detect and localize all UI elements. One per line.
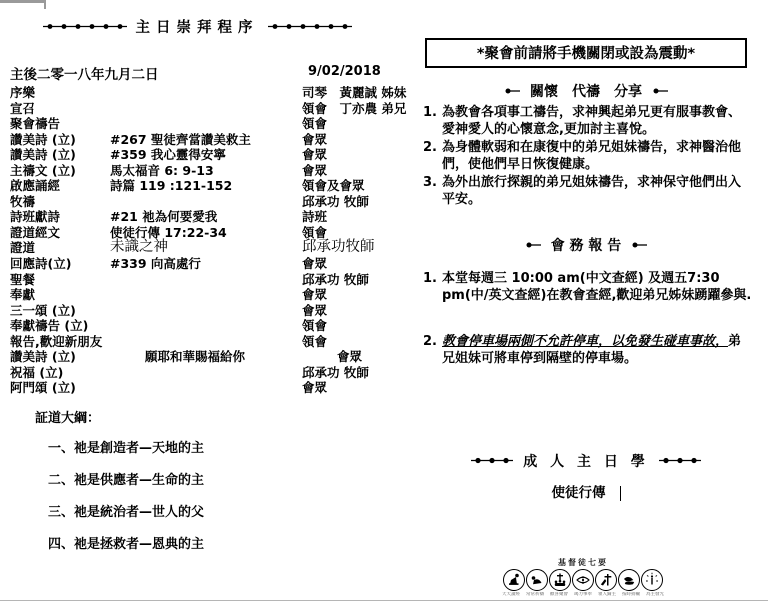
program-detail [110, 318, 302, 334]
candle-light-icon [641, 569, 663, 591]
program-item: 序樂 [10, 85, 110, 101]
scroll-ornament-icon [43, 22, 127, 31]
sunday-school-header: 成 人 主 日 學 [420, 452, 752, 469]
list-item: 2.教會停車場兩側不允許停車，以免發生碰車事故，弟兄姐妹可將車停到隔壁的停車場。 [420, 334, 752, 367]
logo-caption: 按時捐輸 [620, 592, 643, 597]
text-cursor [620, 486, 621, 501]
seven-essentials-logo: 基督徒七要 天天讀經 常 [492, 557, 674, 597]
program-who: 會眾 [302, 380, 327, 396]
chain-ornament-icon [659, 456, 701, 465]
sunday-school-topic[interactable]: 使徒行傳 [420, 481, 752, 498]
list-item-number: 3. [420, 175, 442, 208]
program-item: 讚美詩 (立) [10, 147, 110, 163]
list-item-text: 為教會各項事工禱告，求神興起弟兄更有服事教會、 愛神愛人的心懷意念,更加討主喜悅… [442, 105, 752, 138]
phone-notice-box: *聚會前請將手機關閉或設為震動* [425, 38, 747, 68]
list-item-number: 1. [420, 271, 442, 304]
list-item: 1.本堂每週三 10:00 am(中文查經) 及週五7:30 pm(中/英文查經… [420, 271, 752, 304]
outline-item: 二、祂是供應者—生命的主 [10, 474, 384, 487]
program-row: 奉獻禱告 (立)領會 [10, 318, 384, 334]
logo-caption-row: 天天讀經 常常祈禱 歡喜聚會 竭力事奉 領人歸主 按時捐輸 為主發光 [492, 592, 674, 597]
program-table: 序樂司琴 黃麗誠 姊妹宣召領會 丁亦農 弟兄聚會禱告領會讚美詩 (立)#267 … [10, 85, 384, 396]
program-detail [110, 85, 302, 101]
report-list: 1.本堂每週三 10:00 am(中文查經) 及週五7:30 pm(中/英文查經… [420, 271, 752, 367]
offering-hands-icon [618, 569, 640, 591]
program-item: 回應詩(立) [10, 256, 110, 272]
sermon-outline-list: 一、祂是創造者—天地的主二、祂是供應者—生命的主三、祂是統治者—世人的父四、祂是… [10, 442, 384, 551]
program-item: 證道 [10, 240, 110, 256]
list-item-text: 教會停車場兩側不允許停車，以免發生碰車事故，弟兄姐妹可將車停到隔壁的停車場。 [442, 334, 752, 367]
list-item-text-emphasis: 教會停車場兩側不允許停車，以免發生碰車事故， [442, 334, 728, 349]
page-edge-line [0, 600, 768, 601]
program-detail: #21 祂為何要愛我 [110, 209, 302, 225]
program-item: 奉獻禱告 (立) [10, 318, 110, 334]
program-row: 奉獻會眾 [10, 287, 384, 303]
program-row: 三一頌 (立)會眾 [10, 303, 384, 319]
program-who: 領會 [302, 334, 327, 350]
title-row: 主日崇拜程序 [10, 16, 384, 36]
list-item-text: 本堂每週三 10:00 am(中文查經) 及週五7:30 pm(中/英文查經)在… [442, 271, 752, 304]
care-header-text: 關懷 代禱 分享 [530, 81, 642, 101]
program-detail: 馬太福音 6: 9-13 [110, 163, 302, 179]
service-scroll-icon [572, 569, 594, 591]
logo-caption: 為主發光 [644, 592, 667, 597]
program-detail: 詩篇 119 :121-152 [110, 178, 302, 194]
program-who: 會眾 [337, 349, 362, 365]
program-detail [110, 194, 302, 210]
program-item: 阿門頌 (立) [10, 380, 110, 396]
program-who: 司琴 黃麗誠 姊妹 [302, 85, 406, 101]
list-item: 1.為教會各項事工禱告，求神興起弟兄更有服事教會、 愛神愛人的心懷意念,更加討主… [420, 105, 752, 138]
logo-caption: 領人歸主 [596, 592, 619, 597]
program-row: 阿門頌 (立)會眾 [10, 380, 384, 396]
program-item: 祝福 (立) [10, 365, 110, 381]
logo-caption: 竭力事奉 [572, 592, 595, 597]
program-detail [110, 365, 302, 381]
logo-caption: 歡喜聚會 [548, 592, 571, 597]
window-corner-fragment [0, 0, 46, 3]
program-row: 主禱文 (立)馬太福音 6: 9-13會眾 [10, 163, 384, 179]
date-numeric: 9/02/2018 [308, 64, 381, 79]
page-title: 主日崇拜程序 [136, 16, 259, 37]
program-who: 邱承功 牧師 [302, 272, 369, 288]
logo-title: 基督徒七要 [492, 557, 674, 568]
logo-caption: 天天讀經 [500, 592, 523, 597]
list-item: 3.為外出旅行探親的弟兄姐妹禱告，求神保守他們出入平安。 [420, 175, 752, 208]
program-item: 奉獻 [10, 287, 110, 303]
program-who: 詩班 [302, 209, 327, 225]
list-item-text: 為外出旅行探親的弟兄姐妹禱告，求神保守他們出入平安。 [442, 175, 752, 208]
list-item-number: 2. [420, 334, 442, 367]
program-row: 啟應誦經詩篇 119 :121-152領會及會眾 [10, 178, 384, 194]
sunday-school-header-text: 成 人 主 日 學 [523, 451, 649, 471]
gathering-cross-icon [549, 569, 571, 591]
program-item: 三一頌 (立) [10, 303, 110, 319]
logo-caption: 常常祈禱 [524, 592, 547, 597]
program-detail: #339 向高處行 [110, 256, 302, 272]
care-list: 1.為教會各項事工禱告，求神興起弟兄更有服事教會、 愛神愛人的心懷意念,更加討主… [420, 105, 752, 208]
care-section-header: 關懷 代禱 分享 [420, 82, 752, 99]
program-who: 會眾 [302, 303, 327, 319]
program-who: 邱承功牧師 [302, 240, 375, 256]
announcements-column: *聚會前請將手機關閉或設為震動* 關懷 代禱 分享 1.為教會各項事工禱告，求神… [420, 38, 752, 498]
bulletin-page[interactable]: 主日崇拜程序 主後二零一八年九月二日 9/02/2018 序樂司琴 黃麗誠 姊妹… [0, 0, 768, 605]
program-detail [110, 334, 302, 350]
window-corner-fragment [44, 0, 46, 9]
swirl-ornament-icon [631, 241, 647, 249]
program-row: 報告,歡迎新朋友領會 [10, 334, 384, 350]
program-row: 讚美詩 (立)#267 聖徒齊當讚美救主會眾 [10, 132, 384, 148]
report-header-text: 會 務 報 告 [551, 235, 622, 255]
program-row: 聚會禱告領會 [10, 116, 384, 132]
sunday-school-topic-text: 使徒行傳 [552, 485, 606, 501]
program-who: 領會及會眾 [302, 178, 365, 194]
program-who: 會眾 [302, 287, 327, 303]
program-item: 主禱文 (立) [10, 163, 110, 179]
program-item: 證道經文 [10, 225, 110, 241]
program-item: 聖餐 [10, 272, 110, 288]
list-item-number: 1. [420, 105, 442, 138]
program-item: 聚會禱告 [10, 116, 110, 132]
program-detail: 願耶和華賜福給你 [110, 349, 337, 365]
program-detail: #267 聖徒齊當讚美救主 [110, 132, 302, 148]
program-item: 宣召 [10, 101, 110, 117]
logo-icon-row [492, 569, 674, 591]
program-detail: 未識之神 [110, 240, 302, 256]
program-who: 會眾 [302, 256, 327, 272]
program-row: 聖餐邱承功 牧師 [10, 272, 384, 288]
program-row: 讚美詩 (立)#359 我心靈得安寧會眾 [10, 147, 384, 163]
program-item: 報告,歡迎新朋友 [10, 334, 110, 350]
worship-program-column: 主日崇拜程序 主後二零一八年九月二日 9/02/2018 序樂司琴 黃麗誠 姊妹… [10, 16, 384, 551]
program-detail [110, 272, 302, 288]
outline-item: 三、祂是統治者—世人的父 [10, 506, 384, 519]
outline-item: 四、祂是拯救者—恩典的主 [10, 538, 384, 551]
program-detail [110, 287, 302, 303]
program-who: 領會 [302, 116, 327, 132]
program-row: 牧禱邱承功 牧師 [10, 194, 384, 210]
program-row: 詩班獻詩#21 祂為何要愛我詩班 [10, 209, 384, 225]
program-row: 證道未識之神邱承功牧師 [10, 240, 384, 256]
sermon-outline-title: 証道大綱： [10, 407, 384, 423]
report-section-header: 會 務 報 告 [420, 236, 752, 253]
program-item: 讚美詩 (立) [10, 349, 110, 365]
program-who: 邱承功 牧師 [302, 194, 369, 210]
program-who: 邱承功 牧師 [302, 365, 369, 381]
program-row: 序樂司琴 黃麗誠 姊妹 [10, 85, 384, 101]
outline-item: 一、祂是創造者—天地的主 [10, 442, 384, 455]
swirl-ornament-icon [525, 241, 541, 249]
program-row: 宣召領會 丁亦農 弟兄 [10, 101, 384, 117]
program-detail [110, 303, 302, 319]
program-detail [110, 101, 302, 117]
swirl-ornament-icon [504, 87, 520, 95]
scroll-ornament-icon [268, 22, 352, 31]
program-row: 回應詩(立)#339 向高處行會眾 [10, 256, 384, 272]
program-who: 會眾 [302, 163, 327, 179]
prayer-icon [526, 569, 548, 591]
evangelism-cross-icon [595, 569, 617, 591]
program-who: 會眾 [302, 147, 327, 163]
program-who: 領會 [302, 318, 327, 334]
list-item-number: 2. [420, 140, 442, 173]
list-item-text: 為身體軟弱和在康復中的弟兄姐妹禱告，求神醫治他們，使他們早日恢復健康。 [442, 140, 752, 173]
program-row: 祝福 (立)邱承功 牧師 [10, 365, 384, 381]
program-item: 讚美詩 (立) [10, 132, 110, 148]
program-detail: #359 我心靈得安寧 [110, 147, 302, 163]
swirl-ornament-icon [652, 87, 668, 95]
program-who: 領會 丁亦農 弟兄 [302, 101, 406, 117]
program-row: 讚美詩 (立)願耶和華賜福給你會眾 [10, 349, 384, 365]
chain-ornament-icon [471, 456, 513, 465]
program-item: 啟應誦經 [10, 178, 110, 194]
list-item: 2.為身體軟弱和在康復中的弟兄姐妹禱告，求神醫治他們，使他們早日恢復健康。 [420, 140, 752, 173]
program-detail [110, 380, 302, 396]
date-row: 主後二零一八年九月二日 9/02/2018 [10, 63, 384, 80]
program-item: 牧禱 [10, 194, 110, 210]
program-detail [110, 116, 302, 132]
bible-reading-icon [503, 569, 525, 591]
program-item: 詩班獻詩 [10, 209, 110, 225]
date-chinese: 主後二零一八年九月二日 [10, 67, 159, 83]
program-who: 會眾 [302, 132, 327, 148]
